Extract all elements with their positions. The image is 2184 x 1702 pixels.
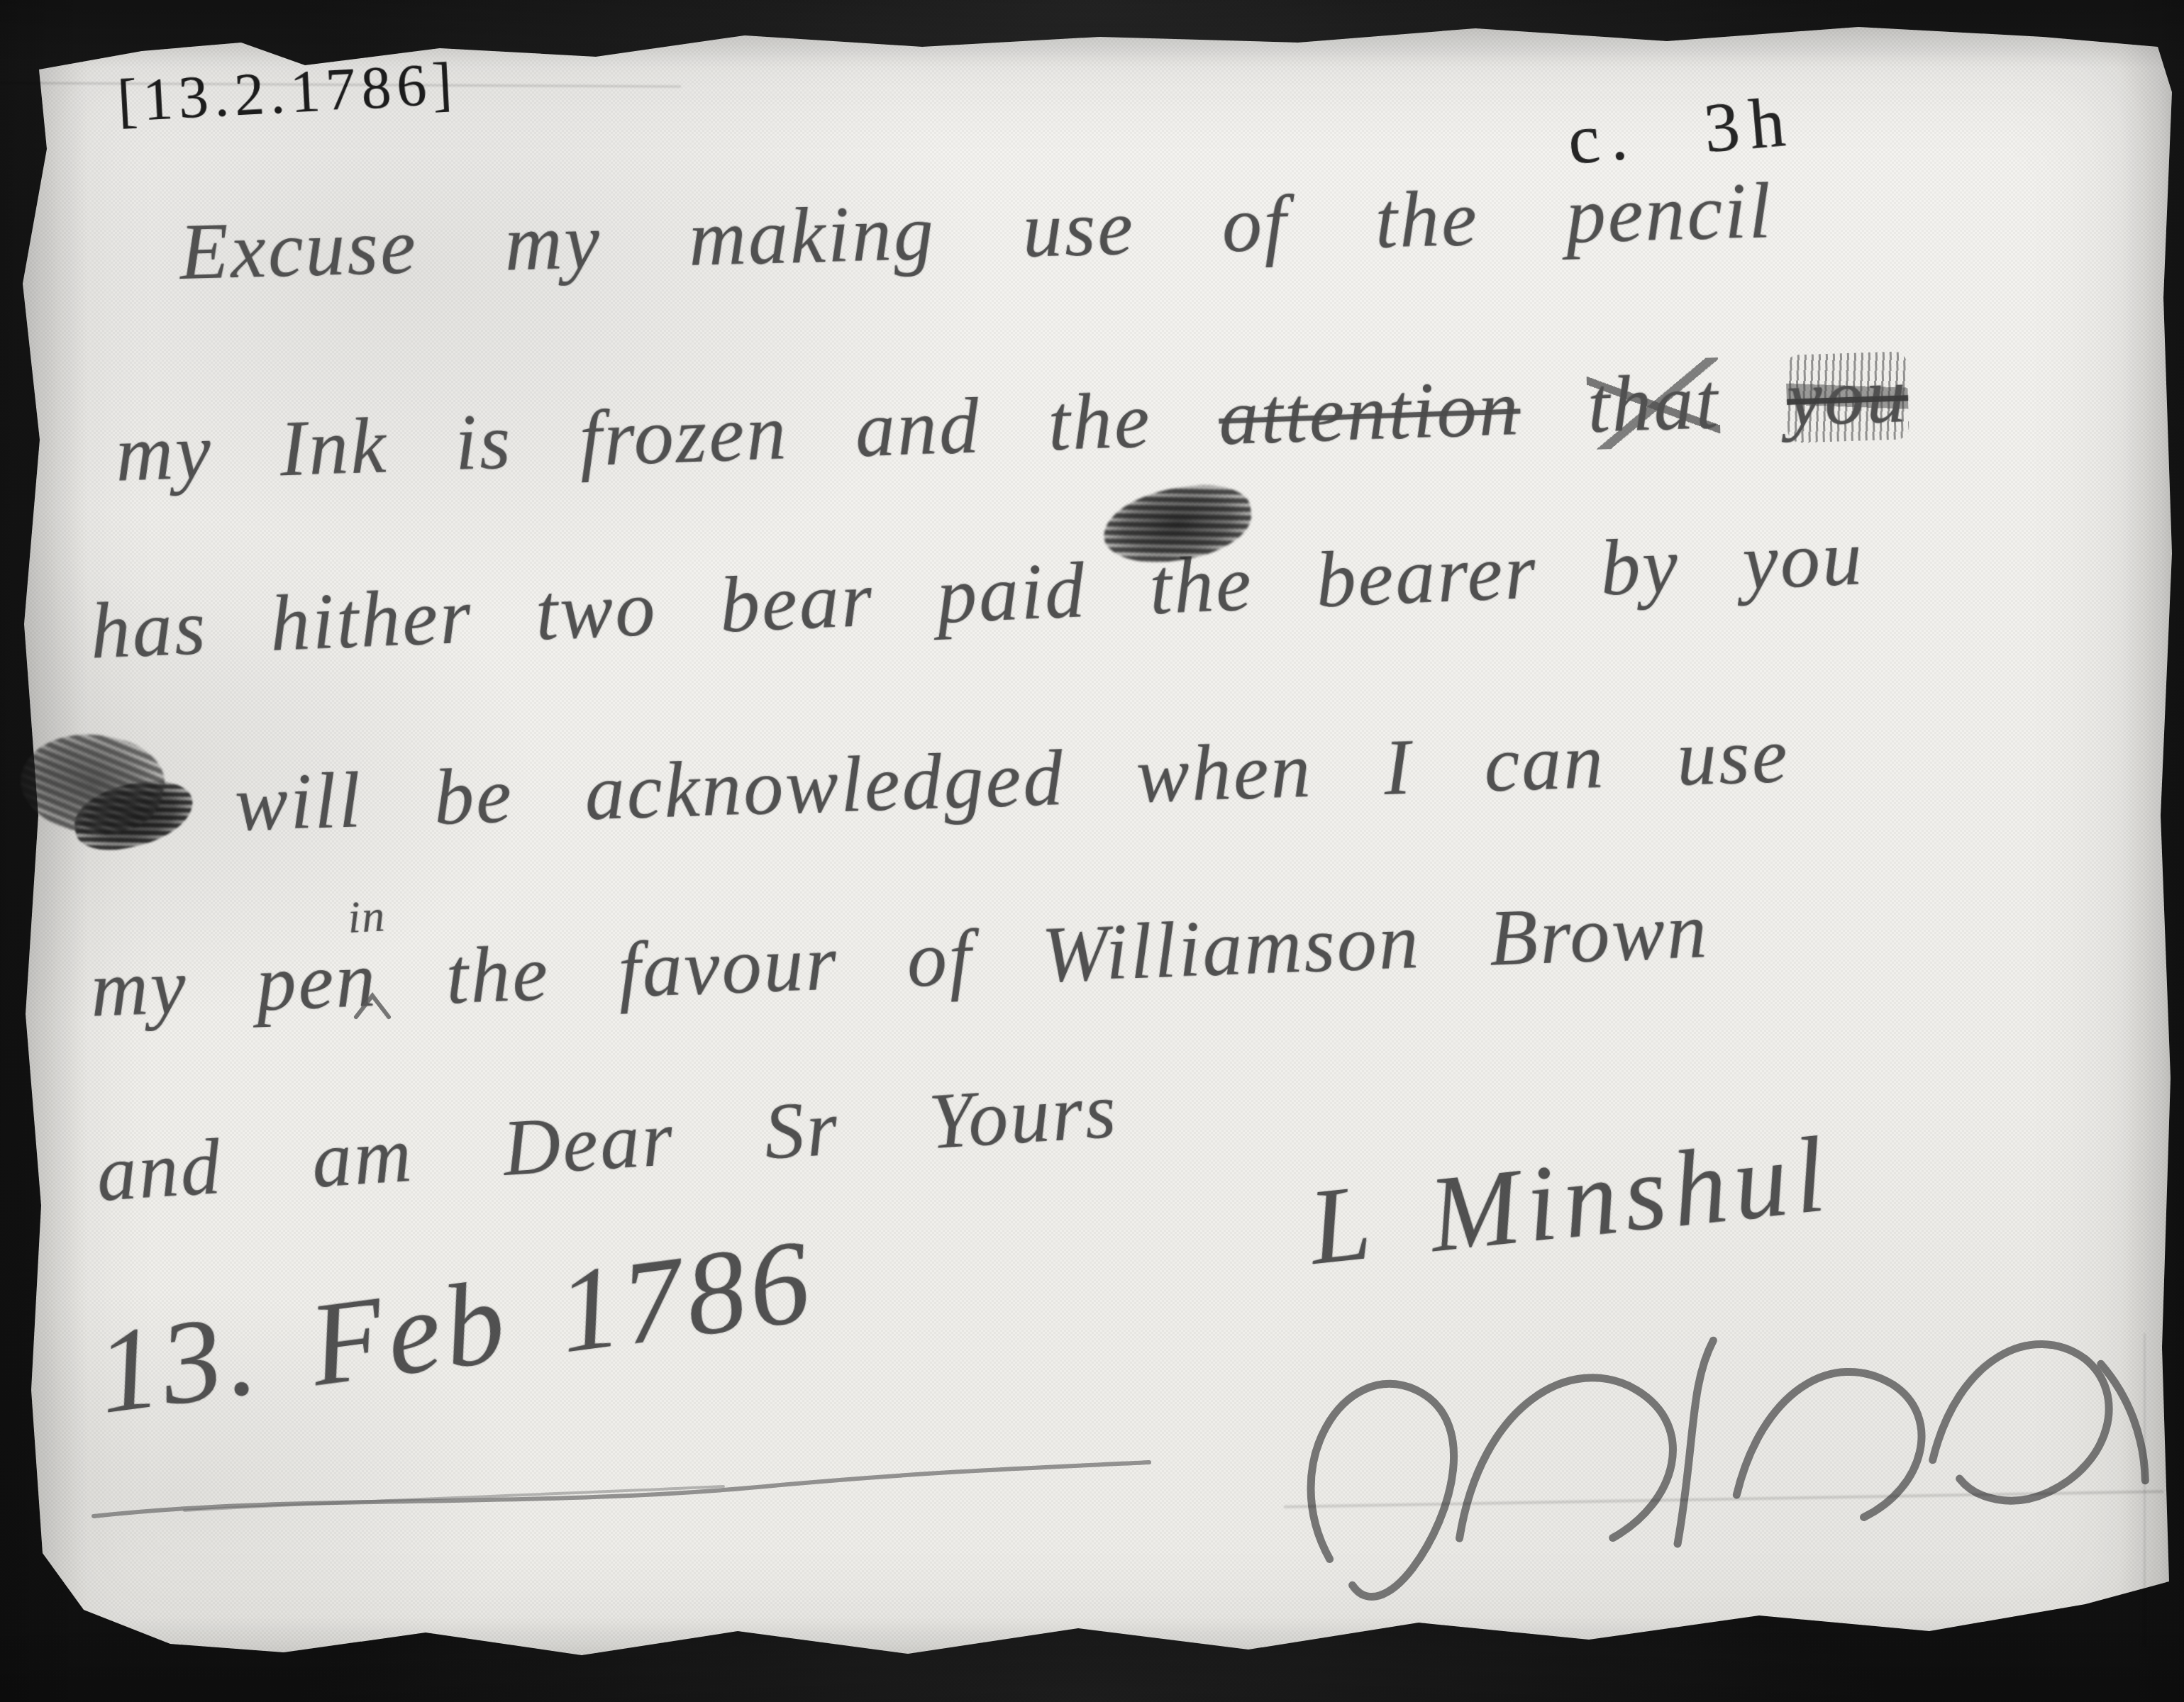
line5-text-pre: my pen (89, 935, 379, 1034)
underline-flourish (85, 1425, 1163, 1532)
shelfmark-note: c. 3h (1565, 85, 1797, 176)
line2-scribbled-word: you (1785, 351, 1909, 443)
line2-crossed-word: that (1586, 357, 1721, 450)
line2-struck-word: attention (1217, 364, 1521, 462)
letter-scan: [13.2.1786] c. 3h Excuse my making use o… (0, 0, 2184, 1702)
insertion-word: in (347, 893, 387, 940)
paper-crease-line (2144, 1333, 2146, 1645)
caret-icon (353, 991, 392, 1020)
